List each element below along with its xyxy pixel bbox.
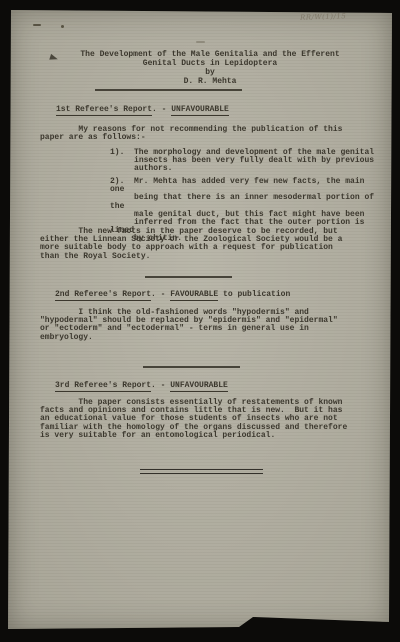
report2-heading: 2nd Referee's Report. - FAVOURABLE to pu…: [55, 290, 290, 299]
report3-verdict: UNFAVOURABLE: [170, 381, 228, 392]
report1-heading-label: 1st Referee's Report: [56, 105, 152, 116]
title-line-2: Genital Ducts in Lepidoptera: [18, 59, 400, 68]
report3-heading-sep: . -: [151, 381, 170, 390]
title-rule: [95, 89, 242, 91]
pencil-mark-dash: [33, 24, 41, 26]
report3-heading: 3rd Referee's Report. - UNFAVOURABLE: [55, 381, 228, 390]
section-divider-rule-1: [145, 276, 232, 278]
report1-verdict: UNFAVOURABLE: [171, 105, 229, 116]
report1-paragraph-2: The new facts in the paper deserve to be…: [40, 228, 370, 261]
report3-heading-label: 3rd Referee's Report: [55, 381, 151, 392]
report1-list-item-1: 1). The morphology and development of th…: [110, 149, 380, 174]
report1-heading: 1st Referee's Report. - UNFAVOURABLE: [56, 105, 229, 114]
report1-paragraph-1: My reasons for not recommending the publ…: [40, 126, 370, 142]
report2-paragraph-1: I think the old-fashioned words "hypoder…: [40, 309, 370, 342]
title-block: The Development of the Male Genitalia an…: [18, 50, 400, 86]
pencil-mark-dot: [61, 25, 64, 28]
smudge-mark: [196, 41, 205, 43]
section-divider-rule-2: [143, 366, 240, 368]
title-line-1: The Development of the Male Genitalia an…: [18, 50, 400, 59]
document-page: RR/W(1)/15 The Development of the Male G…: [8, 9, 392, 631]
author-name: D. R. Mehta: [18, 77, 400, 86]
report2-heading-label: 2nd Referee's Report: [55, 290, 151, 301]
scan-background: RR/W(1)/15 The Development of the Male G…: [0, 0, 400, 642]
handwritten-ref-mark: RR/W(1)/15: [300, 12, 347, 22]
report2-heading-sep: . -: [151, 290, 170, 299]
report3-paragraph-1: The paper consists essentially of restat…: [40, 399, 375, 440]
report2-verdict: FAVOURABLE: [170, 290, 218, 301]
report2-verdict-suffix: to publication: [218, 290, 290, 299]
byline-by: by: [18, 68, 400, 77]
report1-heading-sep: . -: [152, 105, 171, 114]
end-of-document-rule: [140, 469, 263, 474]
